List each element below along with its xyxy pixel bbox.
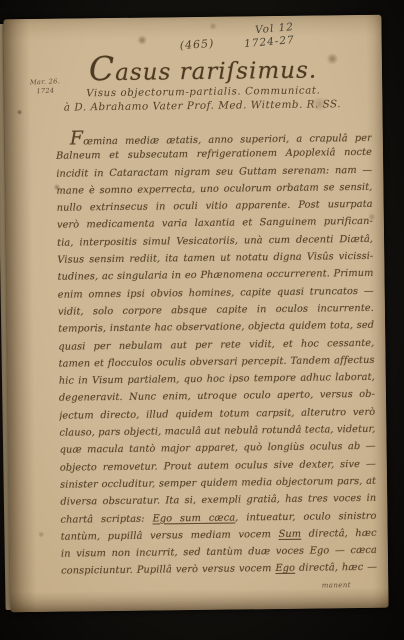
manuscript-line: conspiciuntur. Pupillâ verò versus vocem… — [61, 559, 377, 580]
catchword: manent — [305, 581, 367, 591]
manuscript-title: Casus rariſsimus. — [34, 51, 372, 89]
volume-years: 1724-27 — [244, 34, 296, 51]
page-number: (465) — [179, 37, 214, 52]
paper-stain — [137, 36, 148, 45]
paper-stain — [208, 23, 217, 30]
manuscript-body: Fœmina mediæ ætatis, anno superiori, a c… — [56, 127, 377, 581]
paper-stain — [16, 109, 22, 115]
photo-stage: Mar. 26. 1724 (465) Vol 12 1724-27 Casus… — [0, 0, 404, 640]
volume-annotation: Vol 12 1724-27 — [243, 21, 296, 51]
manuscript-paper: Mar. 26. 1724 (465) Vol 12 1724-27 Casus… — [3, 15, 388, 613]
paper-stain — [38, 531, 45, 538]
